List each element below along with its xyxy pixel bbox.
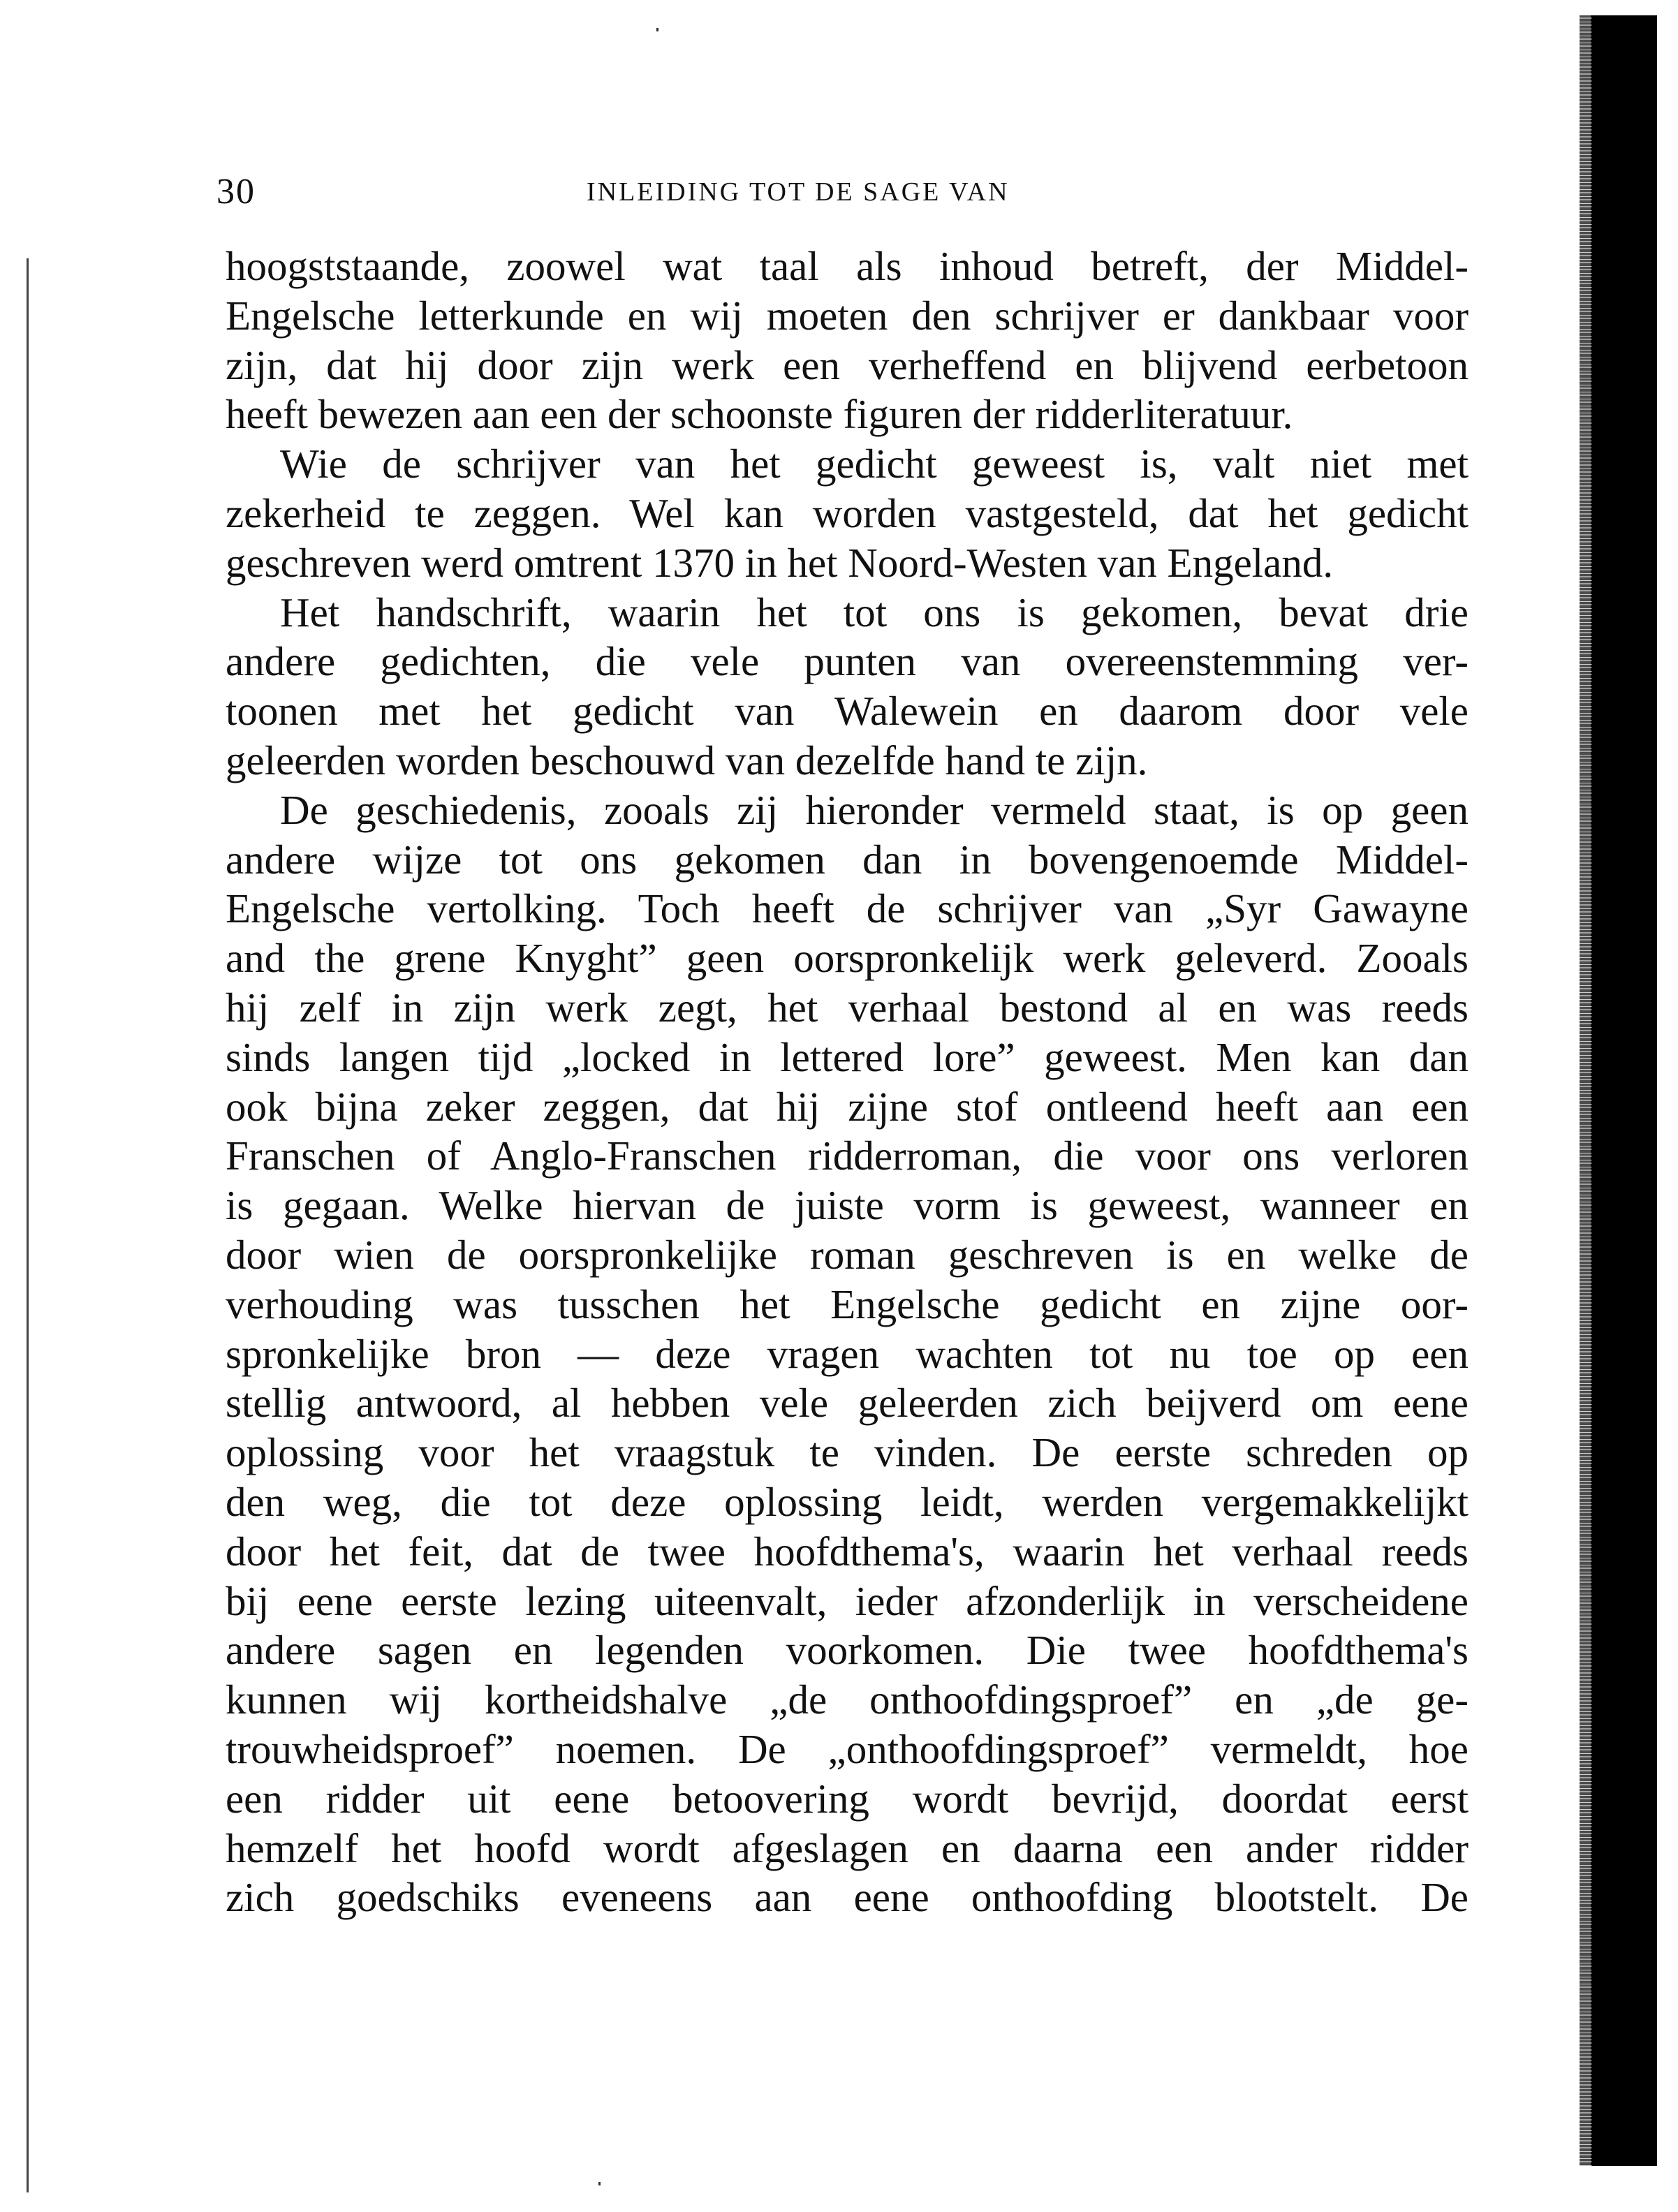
text-line: andere gedichten, die vele punten van ov… [226, 637, 1469, 686]
text-line: ook bijna zeker zeggen, dat hij zijne st… [226, 1082, 1469, 1132]
text-line: hemzelf het hoofd wordt afgeslagen en da… [226, 1824, 1469, 1873]
text-line: sinds langen tijd „locked in lettered lo… [226, 1033, 1469, 1082]
text-line: geleerden worden beschouwd van dezelfde … [226, 736, 1469, 786]
scan-speck [656, 28, 658, 31]
scan-shadow-right-edge [1591, 15, 1657, 2166]
text-line: door wien de oorspronkelijke roman gesch… [226, 1230, 1469, 1280]
text-line: Franschen of Anglo-Franschen ridderroman… [226, 1131, 1469, 1181]
text-line: zich goedschiks eveneens aan eene onthoo… [226, 1873, 1469, 1922]
scan-binding-line-left [27, 258, 29, 2192]
text-line: andere sagen en legenden voorkomen. Die … [226, 1625, 1469, 1675]
text-line: Het handschrift, waarin het tot ons is g… [226, 588, 1469, 637]
text-line: bij eene eerste lezing uiteenvalt, ieder… [226, 1577, 1469, 1626]
text-line: verhouding was tusschen het Engelsche ge… [226, 1280, 1469, 1329]
text-line: zekerheid te zeggen. Wel kan worden vast… [226, 489, 1469, 538]
page-number: 30 [216, 168, 256, 216]
body-text: hoogststaande, zoowel wat taal als inhou… [226, 242, 1469, 1922]
text-line: De geschiedenis, zooals zij hieronder ve… [226, 786, 1469, 835]
text-line: toonen met het gedicht van Walewein en d… [226, 686, 1469, 736]
text-line: is gegaan. Welke hiervan de juiste vorm … [226, 1181, 1469, 1230]
text-line: den weg, die tot deze oplossing leidt, w… [226, 1477, 1469, 1527]
text-line: kunnen wij kortheidshalve „de onthoofdin… [226, 1675, 1469, 1725]
text-line: geschreven werd omtrent 1370 in het Noor… [226, 538, 1469, 588]
text-line: stellig antwoord, al hebben vele geleerd… [226, 1378, 1469, 1428]
scan-speck [598, 2182, 601, 2185]
text-line: spronkelijke bron — deze vragen wachten … [226, 1329, 1469, 1379]
text-line: zijn, dat hij door zijn werk een verheff… [226, 341, 1469, 390]
text-line: een ridder uit eene betoovering wordt be… [226, 1774, 1469, 1824]
text-line: hij zelf in zijn werk zegt, het verhaal … [226, 983, 1469, 1033]
running-head-title: INLEIDING TOT DE SAGE VAN [587, 175, 1010, 209]
running-head: 30 INLEIDING TOT DE SAGE VAN [216, 168, 1466, 216]
text-line: and the grene Knyght” geen oorspronkelij… [226, 934, 1469, 983]
text-line: andere wijze tot ons gekomen dan in bove… [226, 835, 1469, 885]
text-line: Wie de schrijver van het gedicht geweest… [226, 439, 1469, 489]
text-line: door het feit, dat de twee hoofdthema's,… [226, 1527, 1469, 1577]
text-line: Engelsche letterkunde en wij moeten den … [226, 291, 1469, 341]
text-line: trouwheidsproef” noemen. De „onthoofding… [226, 1725, 1469, 1774]
text-line: Engelsche vertolking. Toch heeft de schr… [226, 884, 1469, 934]
text-line: hoogststaande, zoowel wat taal als inhou… [226, 242, 1469, 291]
text-line: oplossing voor het vraagstuk te vinden. … [226, 1428, 1469, 1477]
text-line: heeft bewezen aan een der schoonste figu… [226, 390, 1469, 439]
